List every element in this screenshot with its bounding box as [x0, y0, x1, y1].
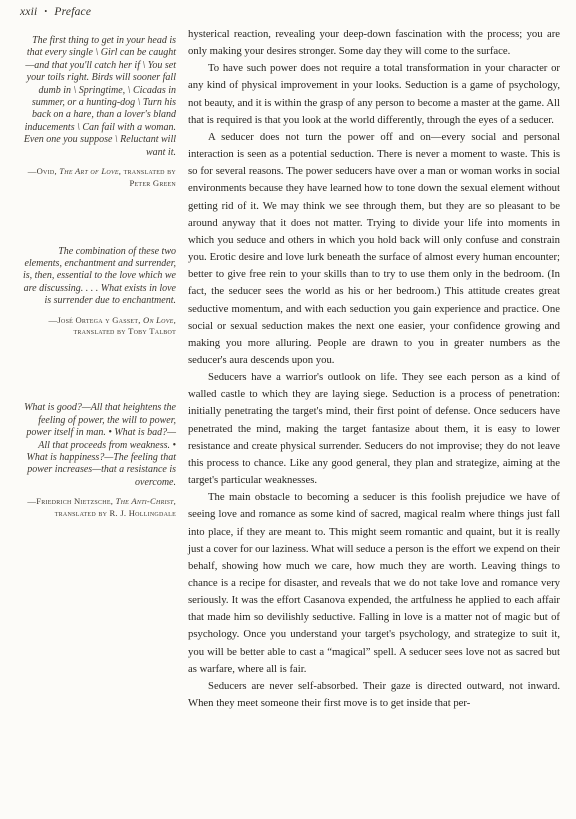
attribution-author: —José Ortega y Gasset,: [49, 315, 144, 325]
margin-quote-text: The combination of these two elements, e…: [20, 246, 176, 308]
margin-quote: The first thing to get in your head is t…: [20, 35, 176, 190]
margin-quote: The combination of these two elements, e…: [20, 246, 176, 339]
attribution-work: The Anti-Christ,: [116, 496, 176, 506]
attribution-translator: translated by R. J. Hollingdale: [55, 508, 176, 518]
margin-quote-column: The first thing to get in your head is t…: [20, 26, 176, 520]
attribution-translator: translated by Toby Talbot: [73, 326, 176, 336]
page-number: xxii: [20, 6, 37, 18]
margin-quote-attribution: —Friedrich Nietzsche, The Anti-Christ, t…: [20, 496, 176, 520]
attribution-author: —Friedrich Nietzsche,: [27, 496, 115, 506]
book-page: xxii•Preface The first thing to get in y…: [0, 0, 576, 819]
page-content: The first thing to get in your head is t…: [20, 26, 560, 712]
section-title: Preface: [54, 6, 91, 18]
margin-quote-attribution: —Ovid, The Art of Love, translated by Pe…: [20, 166, 176, 190]
margin-quote-text: The first thing to get in your head is t…: [20, 35, 176, 159]
body-paragraph: To have such power does not require a to…: [188, 60, 560, 129]
attribution-author: —Ovid,: [28, 166, 60, 176]
body-text-column: hysterical reaction, revealing your deep…: [188, 26, 560, 712]
attribution-translator: translated by Peter Green: [121, 166, 176, 188]
body-paragraph: hysterical reaction, revealing your deep…: [188, 26, 560, 60]
margin-quote-text: What is good?—All that heightens the fee…: [20, 402, 176, 489]
body-paragraph: The main obstacle to becoming a seducer …: [188, 489, 560, 678]
margin-quote: What is good?—All that heightens the fee…: [20, 402, 176, 519]
attribution-work: The Art of Love,: [59, 166, 121, 176]
body-paragraph: A seducer does not turn the power off an…: [188, 129, 560, 369]
attribution-work: On Love,: [143, 315, 176, 325]
margin-quote-attribution: —José Ortega y Gasset, On Love, translat…: [20, 315, 176, 339]
separator-dot: •: [44, 7, 47, 16]
running-head: xxii•Preface: [20, 6, 560, 18]
body-paragraph: Seducers have a warrior's outlook on lif…: [188, 369, 560, 489]
body-paragraph: Seducers are never self-absorbed. Their …: [188, 678, 560, 712]
